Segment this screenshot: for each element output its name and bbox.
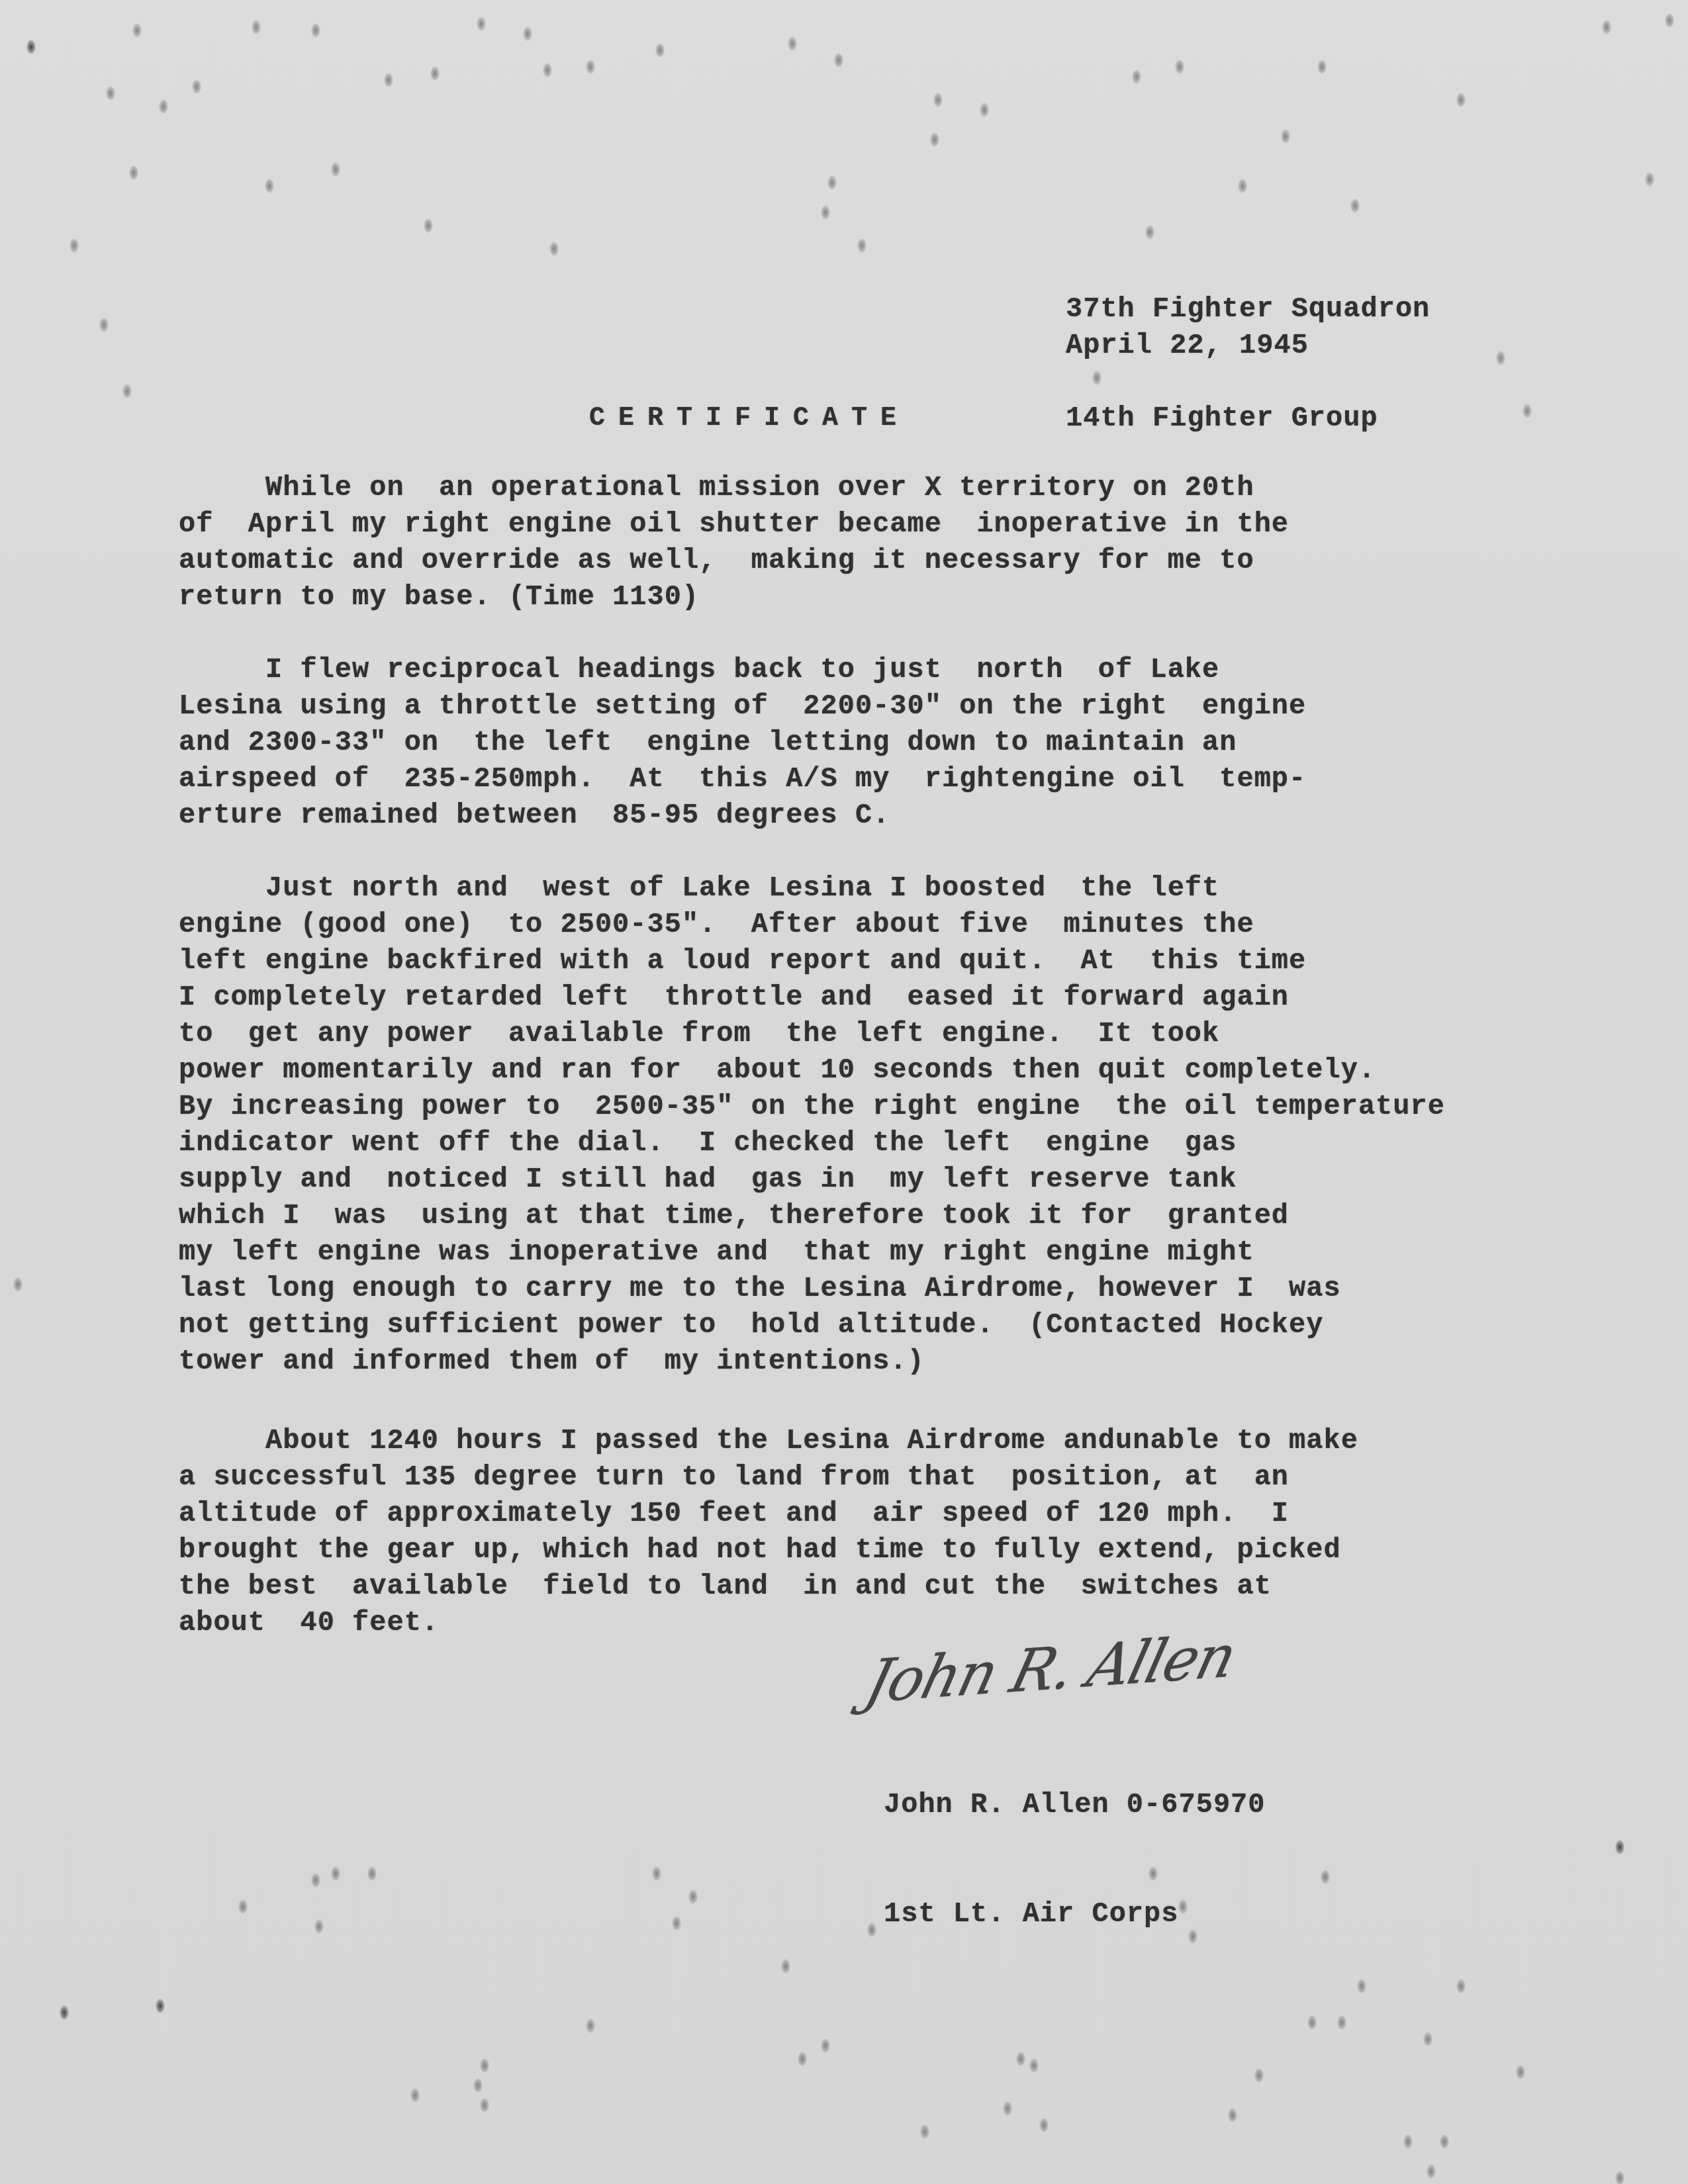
- text-line: Lesina using a throttle setting of 2200-…: [179, 688, 1306, 725]
- speck: [1496, 351, 1505, 365]
- speck: [99, 318, 109, 332]
- speck: [367, 1866, 377, 1881]
- speck: [1423, 2032, 1432, 2046]
- speck: [13, 1277, 23, 1292]
- speck: [106, 86, 115, 101]
- speck: [867, 1923, 876, 1937]
- text-line: While on an operational mission over X t…: [179, 470, 1289, 506]
- text-line: tower and informed them of my intentions…: [179, 1343, 1445, 1380]
- speck: [132, 23, 142, 38]
- speck: [1132, 69, 1141, 84]
- speck: [1615, 2171, 1624, 2184]
- speck: [1350, 199, 1360, 213]
- text-line: engine (good one) to 2500-35". After abo…: [179, 907, 1445, 943]
- speck: [1016, 2052, 1025, 2066]
- speck: [1317, 60, 1327, 74]
- speck: [192, 79, 201, 94]
- speck: [60, 2005, 69, 2020]
- text-line: indicator went off the dial. I checked t…: [179, 1125, 1445, 1161]
- speck: [586, 2019, 595, 2033]
- text-line: return to my base. (Time 1130): [179, 579, 1289, 615]
- signature-block: John R. Allen 0-675970 1st Lt. Air Corps: [884, 1714, 1266, 2005]
- speck: [159, 99, 168, 114]
- speck: [430, 66, 440, 81]
- speck: [384, 73, 393, 87]
- speck: [549, 242, 559, 256]
- speck: [652, 1866, 661, 1881]
- paragraph-3: Just north and west of Lake Lesina I boo…: [179, 870, 1445, 1380]
- speck: [311, 23, 320, 38]
- speck: [1602, 20, 1611, 34]
- speck: [1307, 2015, 1317, 2030]
- speck: [1427, 2164, 1436, 2179]
- text-line: brought the gear up, which had not had t…: [179, 1532, 1358, 1569]
- speck: [1523, 404, 1532, 418]
- text-line: power momentarily and ran for about 10 s…: [179, 1052, 1445, 1089]
- speck: [1440, 2134, 1449, 2149]
- speck: [331, 1866, 340, 1881]
- speck: [827, 175, 837, 190]
- text-line: of April my right engine oil shutter bec…: [179, 506, 1289, 543]
- speck: [1238, 179, 1247, 193]
- speck: [586, 60, 595, 74]
- signer-name-serial: John R. Allen 0-675970: [884, 1787, 1266, 1823]
- speck: [1228, 2108, 1237, 2122]
- speck: [1615, 1840, 1624, 1854]
- text-line: automatic and override as well, making i…: [179, 543, 1289, 579]
- signer-rank: 1st Lt. Air Corps: [884, 1896, 1266, 1933]
- speck: [788, 36, 797, 51]
- speck: [920, 2124, 929, 2139]
- text-line: and 2300-33" on the left engine letting …: [179, 725, 1306, 761]
- speck: [1281, 129, 1290, 144]
- letterhead: 37th Fighter Squadron 14th Fighter Group: [1066, 218, 1430, 510]
- speck: [834, 53, 843, 68]
- speck: [933, 93, 943, 107]
- speck: [543, 63, 552, 77]
- speck: [1357, 1979, 1366, 1993]
- speck: [980, 103, 989, 117]
- speck: [1456, 1979, 1466, 1993]
- speck: [1003, 2101, 1012, 2116]
- speck: [1403, 2134, 1413, 2149]
- speck: [1039, 2118, 1049, 2132]
- speck: [1175, 60, 1184, 74]
- letter-date: April 22, 1945: [1066, 328, 1309, 364]
- speck: [821, 205, 830, 220]
- speck: [311, 1873, 320, 1888]
- paragraph-2: I flew reciprocal headings back to just …: [179, 652, 1306, 834]
- speck: [798, 2052, 807, 2066]
- speck: [480, 2098, 489, 2113]
- text-line: I flew reciprocal headings back to just …: [179, 652, 1306, 688]
- speck: [480, 2058, 489, 2073]
- text-line: last long enough to carry me to the Lesi…: [179, 1271, 1445, 1307]
- speck: [523, 26, 532, 41]
- text-line: Just north and west of Lake Lesina I boo…: [179, 870, 1445, 907]
- unit-line-squadron: 37th Fighter Squadron: [1066, 291, 1430, 328]
- paragraph-1: While on an operational mission over X t…: [179, 470, 1289, 615]
- speck: [129, 165, 138, 180]
- text-line: left engine backfired with a loud report…: [179, 943, 1445, 979]
- speck: [122, 384, 132, 398]
- speck: [26, 40, 36, 54]
- speck: [1665, 13, 1674, 28]
- text-line: to get any power available from the left…: [179, 1016, 1445, 1052]
- paragraph-4: About 1240 hours I passed the Lesina Air…: [179, 1423, 1358, 1641]
- text-line: I completely retarded left throttle and …: [179, 979, 1445, 1016]
- document-page: 37th Fighter Squadron 14th Fighter Group…: [0, 0, 1688, 2184]
- speck: [477, 17, 486, 31]
- speck: [1337, 2015, 1346, 2030]
- speck: [314, 1919, 324, 1934]
- text-line: erture remained between 85-95 degrees C.: [179, 797, 1306, 834]
- speck: [1321, 1870, 1330, 1884]
- speck: [1029, 2058, 1039, 2073]
- speck: [238, 1899, 248, 1914]
- speck: [821, 2038, 830, 2053]
- speck: [672, 1916, 681, 1931]
- speck: [655, 43, 665, 58]
- speck: [1254, 2068, 1264, 2083]
- document-title: CERTIFICATE: [589, 400, 910, 437]
- speck: [1456, 93, 1466, 107]
- speck: [156, 1999, 165, 2013]
- speck: [1645, 172, 1654, 187]
- speck: [930, 132, 939, 147]
- speck: [265, 179, 274, 193]
- speck: [70, 238, 79, 253]
- speck: [331, 162, 340, 177]
- speck: [857, 238, 867, 253]
- speck: [688, 1889, 698, 1904]
- speck: [410, 2088, 420, 2103]
- speck: [424, 218, 433, 233]
- text-line: my left engine was inoperative and that …: [179, 1234, 1445, 1271]
- text-line: the best available field to land in and …: [179, 1569, 1358, 1605]
- text-line: airspeed of 235-250mph. At this A/S my r…: [179, 761, 1306, 797]
- text-line: By increasing power to 2500-35" on the r…: [179, 1089, 1445, 1125]
- speck: [473, 2078, 483, 2093]
- text-line: not getting sufficient power to hold alt…: [179, 1307, 1445, 1343]
- unit-line-group: 14th Fighter Group: [1066, 400, 1430, 437]
- text-line: a successful 135 degree turn to land fro…: [179, 1459, 1358, 1496]
- speck: [781, 1959, 790, 1974]
- speck: [1516, 2065, 1525, 2079]
- text-line: altitude of approximately 150 feet and a…: [179, 1496, 1358, 1532]
- text-line: which I was using at that time, therefor…: [179, 1198, 1445, 1234]
- text-line: About 1240 hours I passed the Lesina Air…: [179, 1423, 1358, 1459]
- text-line: supply and noticed I still had gas in my…: [179, 1161, 1445, 1198]
- speck: [252, 20, 261, 34]
